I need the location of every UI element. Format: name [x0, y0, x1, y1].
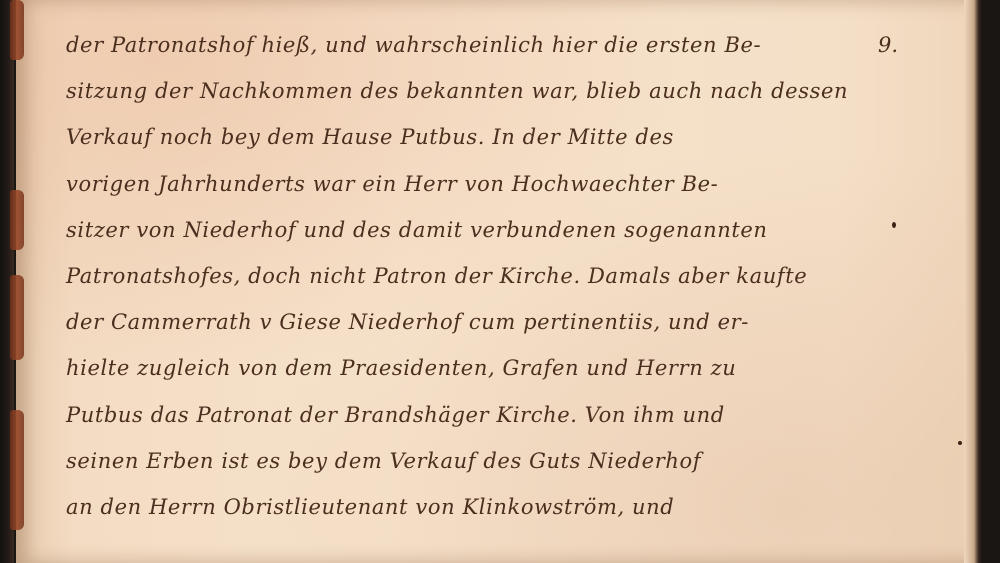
manuscript-photo: der Patronatshof hieß, und wahrscheinlic… — [0, 0, 1000, 563]
ink-mark — [958, 441, 962, 445]
manuscript-line: sitzung der Nachkommen des bekannten war… — [66, 68, 906, 114]
folio-number: 9. — [878, 22, 898, 68]
manuscript-line: Verkauf noch bey dem Hause Putbus. In de… — [66, 114, 906, 160]
binding-tab — [10, 190, 24, 250]
ink-mark — [892, 222, 896, 228]
manuscript-line: sitzer von Niederhof und des damit verbu… — [66, 207, 906, 253]
manuscript-text: der Patronatshof hieß, und wahrscheinlic… — [66, 22, 906, 530]
binding-tab — [10, 0, 24, 60]
manuscript-line: Putbus das Patronat der Brandshäger Kirc… — [66, 392, 906, 438]
manuscript-line: Patronatshofes, doch nicht Patron der Ki… — [66, 253, 906, 299]
binding-tab — [10, 275, 24, 360]
binding-tab — [10, 410, 24, 530]
manuscript-line: der Patronatshof hieß, und wahrscheinlic… — [66, 22, 906, 68]
manuscript-line: hielte zugleich von dem Praesidenten, Gr… — [66, 345, 906, 391]
manuscript-line: seinen Erben ist es bey dem Verkauf des … — [66, 438, 906, 484]
manuscript-page: der Patronatshof hieß, und wahrscheinlic… — [16, 0, 982, 563]
page-edge — [964, 0, 982, 563]
manuscript-line: an den Herrn Obristlieutenant von Klinko… — [66, 484, 906, 530]
manuscript-line: der Cammerrath v Giese Niederhof cum per… — [66, 299, 906, 345]
manuscript-line: vorigen Jahrhunderts war ein Herr von Ho… — [66, 161, 906, 207]
